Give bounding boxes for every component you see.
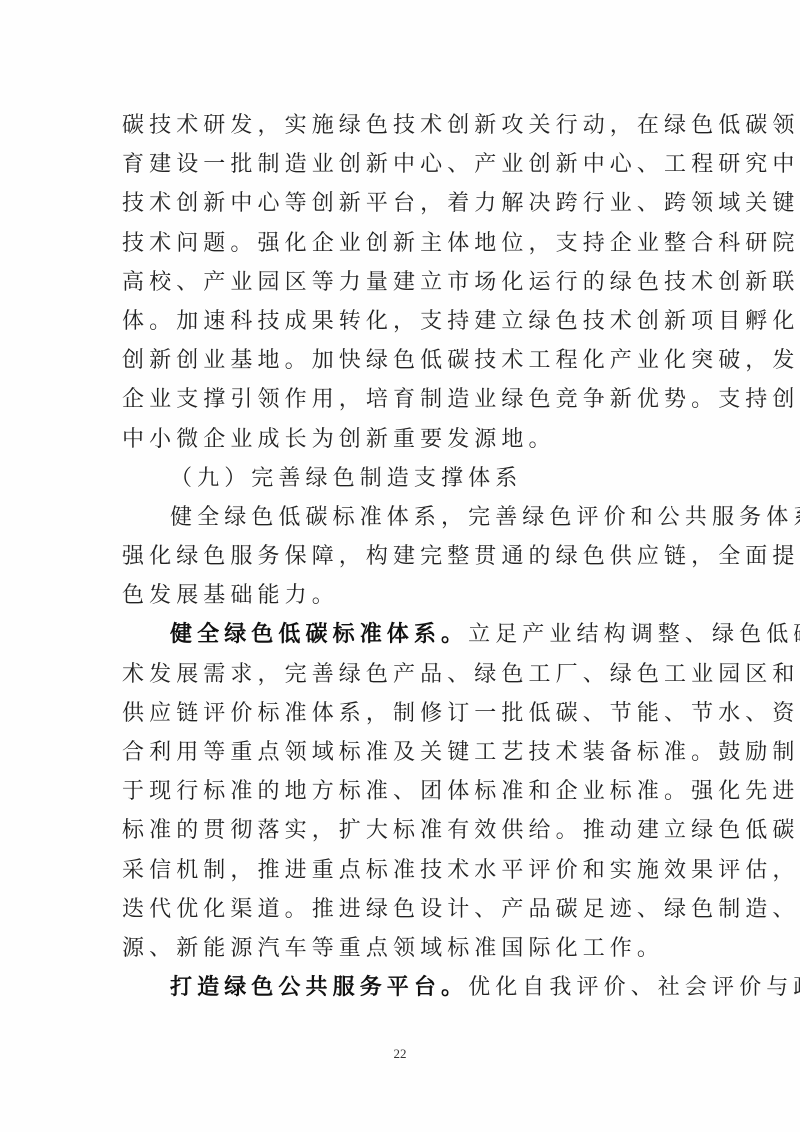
section-heading: （九）完善绿色制造支撑体系 bbox=[122, 459, 682, 498]
standards-paragraph-first-line: 健全绿色低碳标准体系。立足产业结构调整、绿色低碳技 bbox=[122, 615, 682, 654]
text-line: 企业支撑引领作用，培育制造业绿色竞争新优势。支持创新型 bbox=[122, 380, 682, 419]
text-line: 技术问题。强化企业创新主体地位，支持企业整合科研院所、 bbox=[122, 224, 682, 263]
text-span: 优化自我评价、社会评价与政府 bbox=[468, 975, 800, 1000]
text-line: 技术创新中心等创新平台，着力解决跨行业、跨领域关键共性 bbox=[122, 184, 682, 223]
text-line: 术发展需求，完善绿色产品、绿色工厂、绿色工业园区和绿色 bbox=[122, 655, 682, 694]
text-line: 碳技术研发，实施绿色技术创新攻关行动，在绿色低碳领域培 bbox=[122, 106, 682, 145]
page-number: 22 bbox=[0, 1046, 800, 1062]
text-line: 色发展基础能力。 bbox=[122, 576, 682, 615]
text-line: 中小微企业成长为创新重要发源地。 bbox=[122, 420, 682, 459]
text-line: 供应链评价标准体系，制修订一批低碳、节能、节水、资源综 bbox=[122, 694, 682, 733]
platform-paragraph-first-line: 打造绿色公共服务平台。优化自我评价、社会评价与政府 bbox=[122, 968, 682, 1007]
text-line: 健全绿色低碳标准体系，完善绿色评价和公共服务体系， bbox=[122, 498, 682, 537]
text-line: 体。加速科技成果转化，支持建立绿色技术创新项目孵化器、 bbox=[122, 302, 682, 341]
text-line: 创新创业基地。加快绿色低碳技术工程化产业化突破，发挥大 bbox=[122, 341, 682, 380]
text-line: 育建设一批制造业创新中心、产业创新中心、工程研究中心、 bbox=[122, 145, 682, 184]
document-page: 碳技术研发，实施绿色技术创新攻关行动，在绿色低碳领域培 育建设一批制造业创新中心… bbox=[0, 0, 800, 1132]
text-line: 标准的贯彻落实，扩大标准有效供给。推动建立绿色低碳标准 bbox=[122, 811, 682, 850]
text-span: 立足产业结构调整、绿色低碳技 bbox=[468, 622, 800, 647]
text-line: 于现行标准的地方标准、团体标准和企业标准。强化先进适用 bbox=[122, 772, 682, 811]
body-text: 碳技术研发，实施绿色技术创新攻关行动，在绿色低碳领域培 育建设一批制造业创新中心… bbox=[122, 106, 682, 1007]
text-line: 高校、产业园区等力量建立市场化运行的绿色技术创新联合 bbox=[122, 263, 682, 302]
text-line: 合利用等重点领域标准及关键工艺技术装备标准。鼓励制定高 bbox=[122, 733, 682, 772]
text-line: 强化绿色服务保障，构建完整贯通的绿色供应链，全面提升绿 bbox=[122, 537, 682, 576]
text-line: 采信机制，推进重点标准技术水平评价和实施效果评估，畅通 bbox=[122, 851, 682, 890]
bold-lead: 健全绿色低碳标准体系。 bbox=[170, 621, 468, 647]
text-line: 迭代优化渠道。推进绿色设计、产品碳足迹、绿色制造、新能 bbox=[122, 890, 682, 929]
bold-lead: 打造绿色公共服务平台。 bbox=[170, 974, 468, 1000]
text-line: 源、新能源汽车等重点领域标准国际化工作。 bbox=[122, 929, 682, 968]
